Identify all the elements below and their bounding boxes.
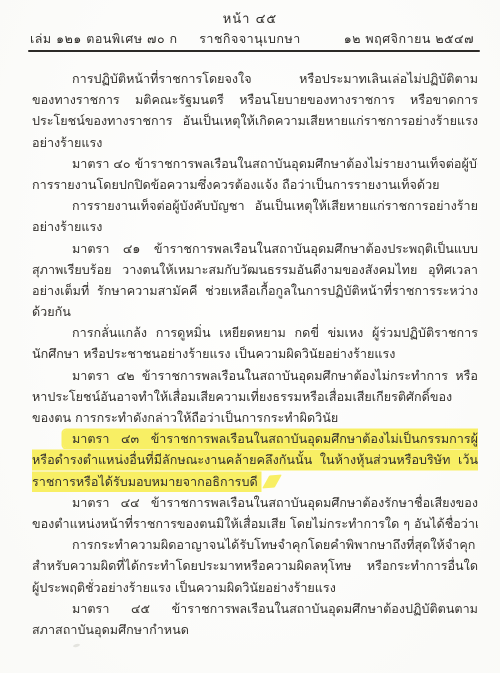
highlight-marker: มาตรา ๔๓ ข้าราชการพลเรือนในสถาบันอุดมศึก…: [63, 430, 478, 449]
document-body: การปฏิบัติหน้าที่ราชการโดยจงใจ หรือประมา…: [32, 68, 478, 640]
text-line: การรายงานโดยปกปิดข้อความซึ่งควรต้องแจ้ง …: [32, 174, 478, 195]
text-line: นักศึกษา หรือประชาชนอย่างร้ายแรง เป็นควา…: [32, 343, 478, 364]
text-line: ของทางราชการ มติคณะรัฐมนตรี หรือนโยบายขอ…: [32, 89, 478, 110]
text-line: อย่างร้ายแรง: [32, 216, 478, 237]
header-divider-rule: [28, 50, 480, 52]
text-line: การปฏิบัติหน้าที่ราชการโดยจงใจ หรือประมา…: [32, 68, 478, 89]
highlight-marker: ราชการหรือได้รับมอบหมายจากอธิการบดี: [32, 473, 260, 491]
text-line: มาตรา ๔๑ ข้าราชการพลเรือนในสถาบันอุดมศึก…: [32, 238, 478, 259]
scan-smudge-artifact: [73, 643, 81, 648]
gazette-scanned-page: หน้า ๔๕ เล่ม ๑๒๑ ตอนพิเศษ ๗๐ ก ราชกิจจาน…: [0, 0, 500, 673]
text-line: การกลั่นแกล้ง การดูหมิ่น เหยียดหยาม กดขี…: [32, 322, 478, 343]
marker-tail-stroke: [262, 474, 282, 488]
text-line: การกระทำความผิดอาญาจนได้รับโทษจำคุกโดยคำ…: [32, 534, 478, 555]
text-line: การรายงานเท็จต่อผู้บังคับบัญชา อันเป็นเห…: [32, 195, 478, 216]
text-line: อย่างเต็มที่ รักษาความสามัคคี ช่วยเหลือเ…: [32, 280, 478, 301]
text-line: ของตน การกระทำดังกล่าวให้ถือว่าเป็นการกร…: [32, 407, 478, 428]
text-line: สุภาพเรียบร้อย วางตนให้เหมาะสมกับวัฒนธรร…: [32, 259, 478, 280]
text-line: อย่างร้ายแรง: [32, 132, 478, 153]
text-line: หาประโยชน์อันอาจทำให้เสื่อมเสียความเที่ย…: [32, 386, 478, 407]
text-line-highlighted: ราชการหรือได้รับมอบหมายจากอธิการบดี: [32, 471, 478, 492]
text-line: สภาสถาบันอุดมศึกษากำหนด: [32, 619, 478, 640]
text-line-highlighted: หรือดำรงตำแหน่งอื่นที่มีลักษณะงานคล้ายคล…: [32, 449, 478, 470]
text-line: มาตรา ๔๕ ข้าราชการพลเรือนในสถาบันอุดมศึก…: [32, 598, 478, 619]
text-line: ของตำแหน่งหน้าที่ราชการของตนมิให้เสื่อมเ…: [32, 513, 478, 534]
page-number-label: หน้า ๔๕: [0, 8, 500, 29]
text-line-highlighted: มาตรา ๔๓ ข้าราชการพลเรือนในสถาบันอุดมศึก…: [32, 428, 478, 449]
gazette-header-row: เล่ม ๑๒๑ ตอนพิเศษ ๗๐ ก ราชกิจจานุเบกษา ๑…: [0, 29, 500, 47]
text-line: ด้วยกัน: [32, 301, 478, 322]
text-line: ผู้ประพฤติชั่วอย่างร้ายแรง เป็นความผิดวิ…: [32, 577, 478, 598]
text-line: ประโยชน์ของทางราชการ อันเป็นเหตุให้เกิดค…: [32, 110, 478, 131]
highlight-marker: หรือดำรงตำแหน่งอื่นที่มีลักษณะงานคล้ายคล…: [32, 451, 478, 470]
text-line: สำหรับความผิดที่ได้กระทำโดยประมาทหรือควา…: [32, 555, 478, 576]
text-line: มาตรา ๔๒ ข้าราชการพลเรือนในสถาบันอุดมศึก…: [32, 365, 478, 386]
publication-date: ๑๒ พฤศจิกายน ๒๕๔๗: [344, 29, 474, 49]
text-line: มาตรา ๔๔ ข้าราชการพลเรือนในสถาบันอุดมศึก…: [32, 492, 478, 513]
text-line: มาตรา ๔๐ ข้าราชการพลเรือนในสถาบันอุดมศึก…: [32, 153, 478, 174]
